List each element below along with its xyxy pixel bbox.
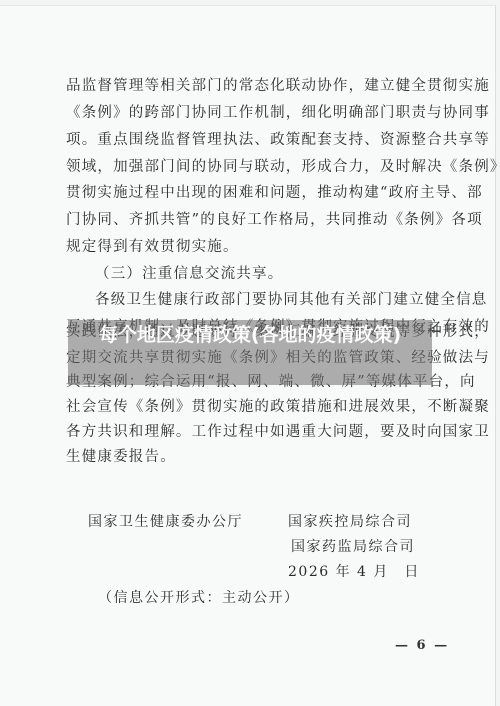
issuer-right-1: 国家疾控局综合司 [288,513,412,531]
body-line: 各方共识和理解。工作过程中如遇重大问题，要及时向国家卫 [66,423,436,441]
disclosure-note: （信息公开形式：主动公开） [98,589,300,607]
body-line: 各级卫生健康行政部门要协同其他有关部门建立健全信息 [95,291,436,309]
body-line: 生健康委报告。 [66,448,436,466]
issuer-right-2: 国家药监局综合司 [291,538,415,556]
body-line: 《条例》的跨部门协同工作机制，细化明确部门职责与协同事 [66,104,436,122]
body-line: 项。重点围绕监督管理执法、政策配套支持、资源整合共享等 [66,131,436,149]
section-heading: （三）注重信息交流共享。 [95,265,436,283]
body-line: 门协同、齐抓共管”的良好工作格局，共同推动《条例》各项 [66,211,436,229]
overlay-title: 每个地区疫情政策(各地的疫情政策) [68,320,432,346]
body-line: 贯彻实施过程中出现的困难和问题，推动构建“政府主导、部 [66,184,436,202]
page-number: — 6 — [395,638,449,653]
body-line: 社会宣传《条例》贯彻实施的政策措施和进展效果，不断凝聚 [66,398,436,416]
body-line: 品监督管理等相关部门的常态化联动协作，建立健全贯彻实施 [66,77,436,95]
issuer-left: 国家卫生健康委办公厅 [88,513,243,531]
issue-date: 2026 年 4 月 日 [288,563,420,581]
body-line: 规定得到有效贯彻实施。 [66,238,436,256]
body-line: 领域，加强部门间的协同与联动，形成合力，及时解决《条例》 [66,158,436,176]
